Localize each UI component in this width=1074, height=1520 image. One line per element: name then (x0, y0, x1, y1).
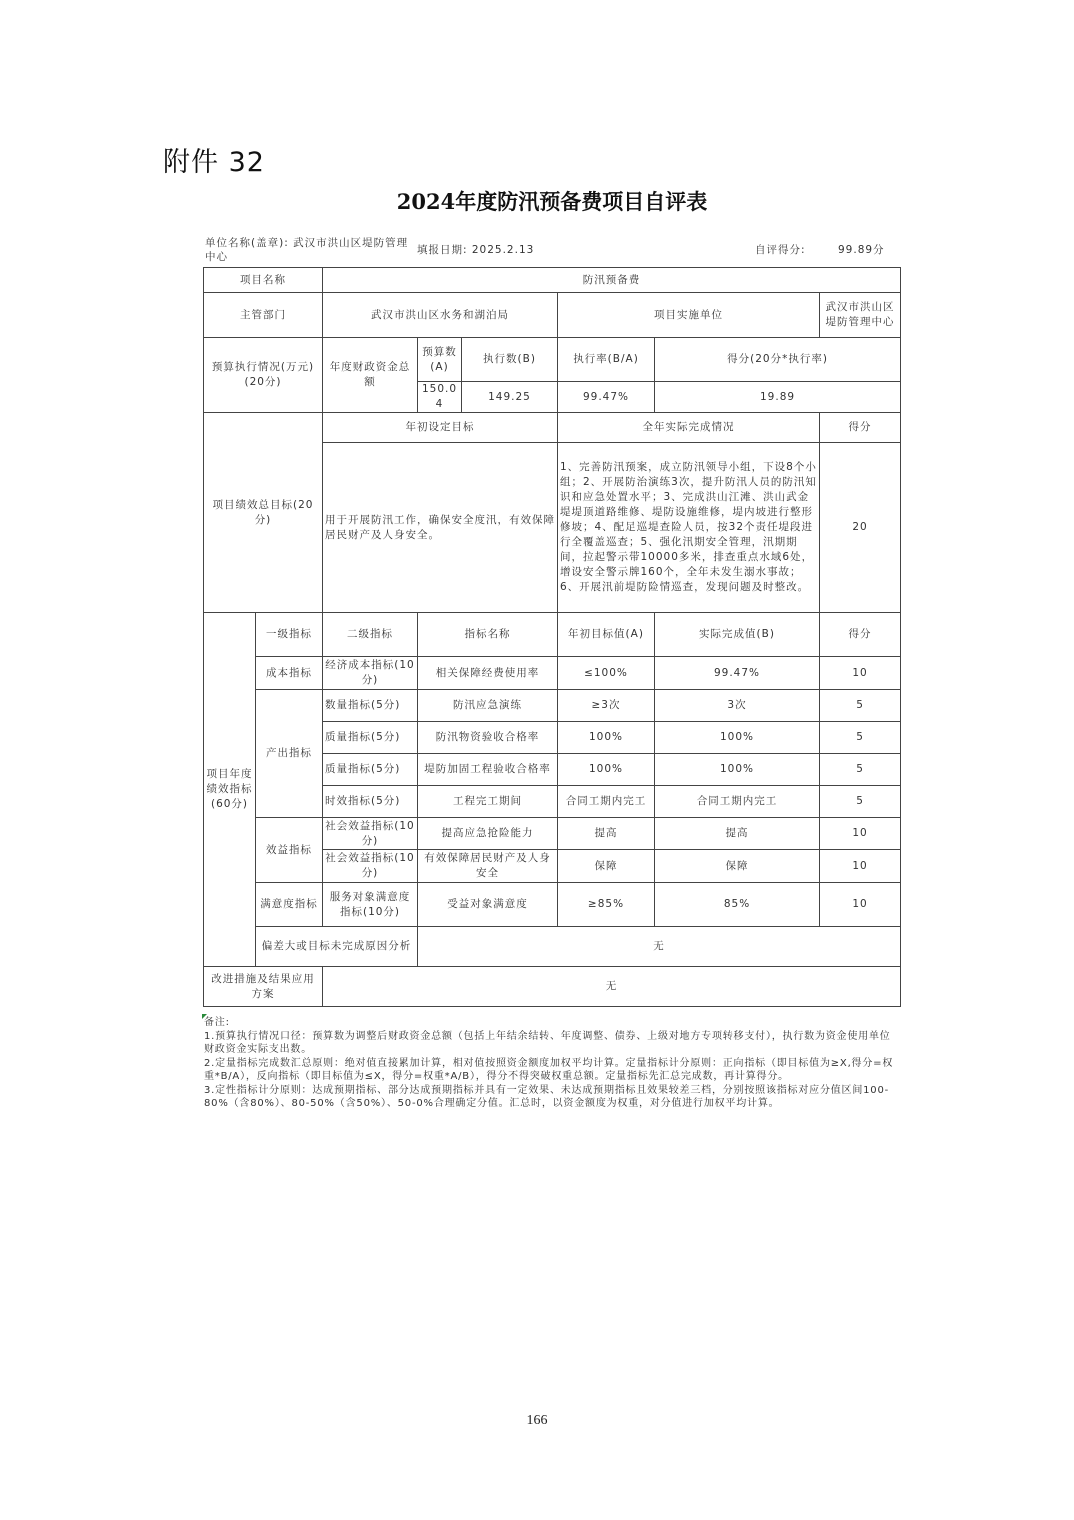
budget-rate-value: 99.47% (558, 382, 655, 413)
budget-score-header: 得分(20分*执行率) (655, 338, 901, 382)
indicator-header: 二级指标 (323, 613, 418, 657)
evaluation-table: 项目名称 防汛预备费 主管部门 武汉市洪山区水务和湖泊局 项目实施单位 武汉市洪… (203, 267, 901, 1007)
indicator-header: 实际完成值(B) (655, 613, 820, 657)
budget-header-row: 预算执行情况(万元)(20分) 年度财政资金总额 预算数(A) 执行数(B) 执… (204, 338, 901, 382)
level2: 质量指标(5分) (323, 722, 418, 754)
impl-unit-label: 项目实施单位 (558, 293, 820, 338)
level1-benefit: 效益指标 (256, 818, 323, 883)
level2: 时效指标(5分) (323, 786, 418, 818)
page-number: 166 (0, 1413, 1074, 1429)
score-value: 5 (820, 754, 901, 786)
indicator-header-row: 项目年度绩效指标(60分) 一级指标 二级指标 指标名称 年初目标值(A) 实际… (204, 613, 901, 657)
table-row: 产出指标 数量指标(5分) 防汛应急演练 ≥3次 3次 5 (204, 690, 901, 722)
page-title: 2024年度防汛预备费项目自评表 (0, 186, 1074, 216)
goal-score-header: 得分 (820, 413, 901, 443)
score-value: 10 (820, 818, 901, 850)
indicator-name: 防汛应急演练 (418, 690, 558, 722)
notes-heading: 备注: (204, 1016, 901, 1030)
indicator-name: 工程完工期间 (418, 786, 558, 818)
target-value: 合同工期内完工 (558, 786, 655, 818)
actual-value: 保障 (655, 850, 820, 883)
score-value: 10 (820, 657, 901, 690)
budget-score-value: 19.89 (655, 382, 901, 413)
note-item: 3.定性指标计分原则：达成预期指标、部分达成预期指标并具有一定效果、未达成预期指… (204, 1084, 901, 1111)
goal-target-text: 用于开展防汛工作，确保安全度汛，有效保障居民财产及人身安全。 (323, 443, 558, 613)
fill-date: 填报日期: 2025.2.13 (417, 243, 534, 257)
level1-satisfaction: 满意度指标 (256, 883, 323, 927)
dept-label: 主管部门 (204, 293, 323, 338)
impl-unit-value: 武汉市洪山区堤防管理中心 (820, 293, 901, 338)
self-score-label: 自评得分: (755, 243, 806, 257)
improvement-label: 改进措施及结果应用方案 (204, 967, 323, 1007)
overall-goal-label: 项目绩效总目标(20分) (204, 413, 323, 613)
actual-value: 3次 (655, 690, 820, 722)
target-value: ≥85% (558, 883, 655, 927)
indicator-header: 指标名称 (418, 613, 558, 657)
deviation-row: 偏差大或目标未完成原因分析 无 (204, 927, 901, 967)
target-value: 100% (558, 754, 655, 786)
actual-value: 85% (655, 883, 820, 927)
goal-actual-header: 全年实际完成情况 (558, 413, 820, 443)
score-value: 5 (820, 786, 901, 818)
table-row: 成本指标 经济成本指标(10分) 相关保障经费使用率 ≤100% 99.47% … (204, 657, 901, 690)
budget-a-header: 预算数(A) (418, 338, 462, 382)
self-score-value: 99.89分 (838, 243, 885, 257)
indicator-header: 得分 (820, 613, 901, 657)
fund-total-label: 年度财政资金总额 (323, 338, 418, 413)
table-row: 效益指标 社会效益指标(10分) 提高应急抢险能力 提高 提高 10 (204, 818, 901, 850)
notes-section: 备注: 1.预算执行情况口径：预算数为调整后财政资金总额（包括上年结余结转、年度… (204, 1016, 901, 1111)
goal-actual-text: 1、完善防汛预案，成立防汛领导小组，下设8个小组；2、开展防治演练3次，提升防汛… (558, 443, 820, 613)
project-name-label: 项目名称 (204, 268, 323, 293)
target-value: 保障 (558, 850, 655, 883)
note-item: 2.定量指标完成数汇总原则：绝对值直接累加计算，相对值按照资金额度加权平均计算。… (204, 1057, 901, 1084)
dept-value: 武汉市洪山区水务和湖泊局 (323, 293, 558, 338)
level2: 社会效益指标(10分) (323, 818, 418, 850)
table-row: 满意度指标 服务对象满意度指标(10分) 受益对象满意度 ≥85% 85% 10 (204, 883, 901, 927)
level1-output: 产出指标 (256, 690, 323, 818)
score-value: 5 (820, 722, 901, 754)
indicator-name: 受益对象满意度 (418, 883, 558, 927)
level1-cost: 成本指标 (256, 657, 323, 690)
actual-value: 100% (655, 722, 820, 754)
goal-target-header: 年初设定目标 (323, 413, 558, 443)
score-value: 10 (820, 883, 901, 927)
actual-value: 提高 (655, 818, 820, 850)
level2: 社会效益指标(10分) (323, 850, 418, 883)
target-value: ≤100% (558, 657, 655, 690)
indicator-name: 提高应急抢险能力 (418, 818, 558, 850)
improvement-row: 改进措施及结果应用方案 无 (204, 967, 901, 1007)
actual-value: 100% (655, 754, 820, 786)
improvement-value: 无 (323, 967, 901, 1007)
attachment-label: 附件 32 (163, 140, 265, 179)
level2: 质量指标(5分) (323, 754, 418, 786)
indicator-name: 防汛物资验收合格率 (418, 722, 558, 754)
score-value: 5 (820, 690, 901, 722)
indicator-name: 堤防加固工程验收合格率 (418, 754, 558, 786)
budget-a-value: 150.04 (418, 382, 462, 413)
actual-value: 合同工期内完工 (655, 786, 820, 818)
target-value: 100% (558, 722, 655, 754)
budget-rate-header: 执行率(B/A) (558, 338, 655, 382)
budget-label: 预算执行情况(万元)(20分) (204, 338, 323, 413)
comment-marker-icon (202, 1014, 207, 1019)
budget-b-value: 149.25 (462, 382, 558, 413)
goal-score-value: 20 (820, 443, 901, 613)
level2: 经济成本指标(10分) (323, 657, 418, 690)
indicator-name: 有效保障居民财产及人身安全 (418, 850, 558, 883)
indicators-label: 项目年度绩效指标(60分) (204, 613, 256, 967)
indicator-header: 年初目标值(A) (558, 613, 655, 657)
indicator-header: 一级指标 (256, 613, 323, 657)
score-value: 10 (820, 850, 901, 883)
deviation-value: 无 (418, 927, 901, 967)
unit-name: 单位名称(盖章): 武汉市洪山区堤防管理中心 (205, 236, 410, 264)
level2: 数量指标(5分) (323, 690, 418, 722)
goal-header-row: 项目绩效总目标(20分) 年初设定目标 全年实际完成情况 得分 (204, 413, 901, 443)
project-name-row: 项目名称 防汛预备费 (204, 268, 901, 293)
deviation-label: 偏差大或目标未完成原因分析 (256, 927, 418, 967)
target-value: 提高 (558, 818, 655, 850)
actual-value: 99.47% (655, 657, 820, 690)
budget-b-header: 执行数(B) (462, 338, 558, 382)
project-name-value: 防汛预备费 (323, 268, 901, 293)
note-item: 1.预算执行情况口径：预算数为调整后财政资金总额（包括上年结余结转、年度调整、债… (204, 1030, 901, 1057)
level2: 服务对象满意度指标(10分) (323, 883, 418, 927)
indicator-name: 相关保障经费使用率 (418, 657, 558, 690)
target-value: ≥3次 (558, 690, 655, 722)
department-row: 主管部门 武汉市洪山区水务和湖泊局 项目实施单位 武汉市洪山区堤防管理中心 (204, 293, 901, 338)
